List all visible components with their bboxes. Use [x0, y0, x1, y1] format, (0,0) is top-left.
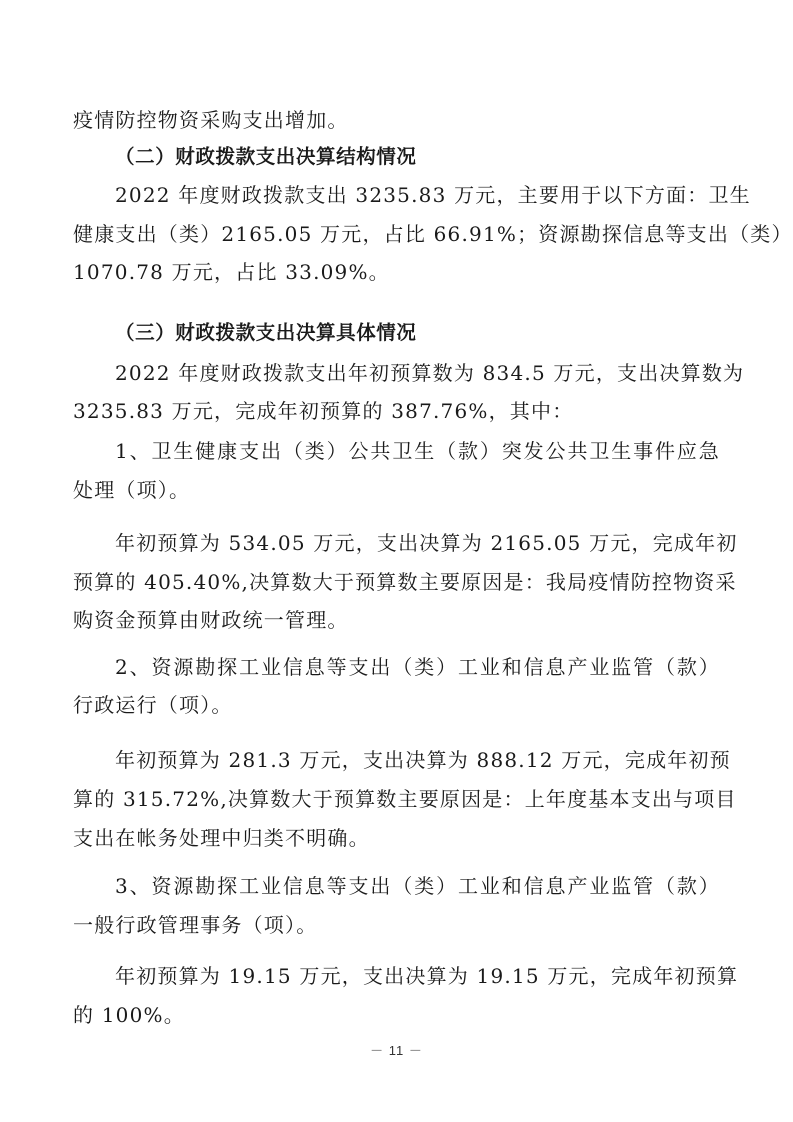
paragraph-line: 1070.78 万元，占比 33.09%。 — [73, 260, 720, 284]
item-heading-3: 3、资源勘探工业信息等支出（类）工业和信息产业监管（款） — [73, 874, 720, 898]
item-heading-3-cont: 一般行政管理事务（项）。 — [73, 913, 720, 937]
paragraph-line: 支出在帐务处理中归类不明确。 — [73, 826, 720, 850]
section-heading-details: （三）财政拨款支出决算具体情况 — [73, 321, 762, 345]
page-number: － 11 － — [0, 1040, 793, 1059]
item-heading-1-cont: 处理（项）。 — [73, 478, 720, 502]
paragraph-line: 算的 315.72%,决算数大于预算数主要原因是：上年度基本支出与项目 — [73, 787, 720, 811]
paragraph-line: 3235.83 万元，完成年初预算的 387.76%，其中： — [73, 399, 720, 423]
item-heading-1: 1、卫生健康支出（类）公共卫生（款）突发公共卫生事件应急 — [73, 439, 720, 463]
paragraph-line: 年初预算为 281.3 万元，支出决算为 888.12 万元，完成年初预 — [73, 748, 720, 772]
paragraph-line: 年初预算为 19.15 万元，支出决算为 19.15 万元，完成年初预算 — [73, 964, 720, 988]
section-heading-structure: （二）财政拨款支出决算结构情况 — [73, 145, 762, 169]
paragraph-line: 2022 年度财政拨款支出年初预算数为 834.5 万元，支出决算数为 — [73, 361, 720, 385]
paragraph-line: 购资金预算由财政统一管理。 — [73, 608, 720, 632]
item-heading-2-cont: 行政运行（项）。 — [73, 693, 720, 717]
paragraph-line: 疫情防控物资采购支出增加。 — [73, 108, 720, 132]
paragraph-line: 健康支出（类）2165.05 万元，占比 66.91%；资源勘探信息等支出（类） — [73, 222, 720, 246]
paragraph-line: 预算的 405.40%,决算数大于预算数主要原因是：我局疫情防控物资采 — [73, 570, 720, 594]
paragraph-line: 2022 年度财政拨款支出 3235.83 万元，主要用于以下方面：卫生 — [73, 183, 720, 207]
item-heading-2: 2、资源勘探工业信息等支出（类）工业和信息产业监管（款） — [73, 655, 720, 679]
paragraph-line: 年初预算为 534.05 万元，支出决算为 2165.05 万元，完成年初 — [73, 531, 720, 555]
paragraph-line: 的 100%。 — [73, 1003, 720, 1027]
